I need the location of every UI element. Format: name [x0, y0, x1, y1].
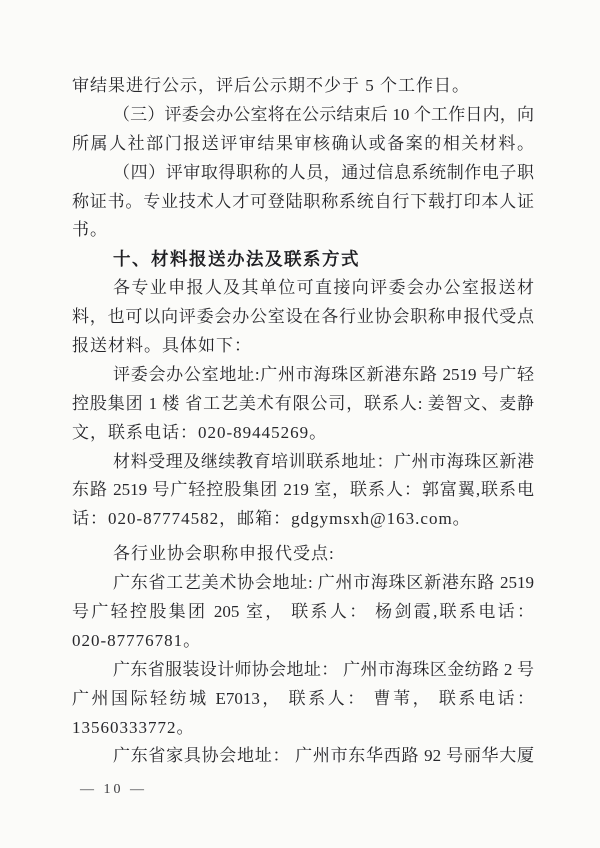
text-line: 020-87776781。 — [72, 627, 534, 656]
text-line: 材料受理及继续教育培训联系地址：广州市海珠区新港 — [72, 448, 534, 477]
text-line: 话：020-87774582，邮箱：gdgymsxh@163.com。 — [72, 505, 534, 534]
text-line: 书。 — [72, 216, 534, 245]
text-line: 13560333772。 — [72, 714, 534, 743]
text-line: 控股集团 1 楼 省工艺美术有限公司，联系人: 姜智文、麦静 — [72, 390, 534, 419]
text-line: 审结果进行公示，评后公示期不少于 5 个工作日。 — [72, 72, 534, 101]
text-line: 所属人社部门报送评审结果审核确认或备案的相关材料。 — [72, 130, 534, 159]
section-heading: 十、材料报送办法及联系方式 — [72, 245, 534, 274]
text-line: 称证书。专业技术人才可登陆职称系统自行下载打印本人证 — [72, 188, 534, 217]
text-line: 广东省服装设计师协会地址： 广州市海珠区金纺路 2 号 — [72, 656, 534, 685]
page-number: — 10 — — [80, 782, 147, 798]
text-line: 评委会办公室地址:广州市海珠区新港东路 2519 号广轻 — [72, 361, 534, 390]
text-line: 各行业协会职称申报代受点: — [72, 540, 534, 569]
text-line: 文，联系电话：020-89445269。 — [72, 419, 534, 448]
document-text-block: 审结果进行公示，评后公示期不少于 5 个工作日。（三）评委会办公室将在公示结束后… — [72, 72, 534, 771]
text-line: 东路 2519 号广轻控股集团 219 室，联系人：郭富翼,联系电 — [72, 476, 534, 505]
text-line: 广东省工艺美术协会地址: 广州市海珠区新港东路 2519 — [72, 569, 534, 598]
text-line: 各专业申报人及其单位可直接向评委会办公室报送材 — [72, 274, 534, 303]
text-line: （四）评审取得职称的人员，通过信息系统制作电子职 — [72, 159, 534, 188]
text-line: 报送材料。具体如下： — [72, 332, 534, 361]
text-line: 广东省家具协会地址： 广州市东华西路 92 号丽华大厦 — [72, 742, 534, 771]
text-line: （三）评委会办公室将在公示结束后 10 个工作日内，向 — [72, 101, 534, 130]
text-line: 料，也可以向评委会办公室设在各行业协会职称申报代受点 — [72, 303, 534, 332]
text-line: 广州国际轻纺城 E7013， 联系人： 曹苇， 联系电话： — [72, 685, 534, 714]
document-page: 审结果进行公示，评后公示期不少于 5 个工作日。（三）评委会办公室将在公示结束后… — [0, 0, 600, 848]
text-line: 号广轻控股集团 205 室， 联系人： 杨剑霞,联系电话： — [72, 598, 534, 627]
